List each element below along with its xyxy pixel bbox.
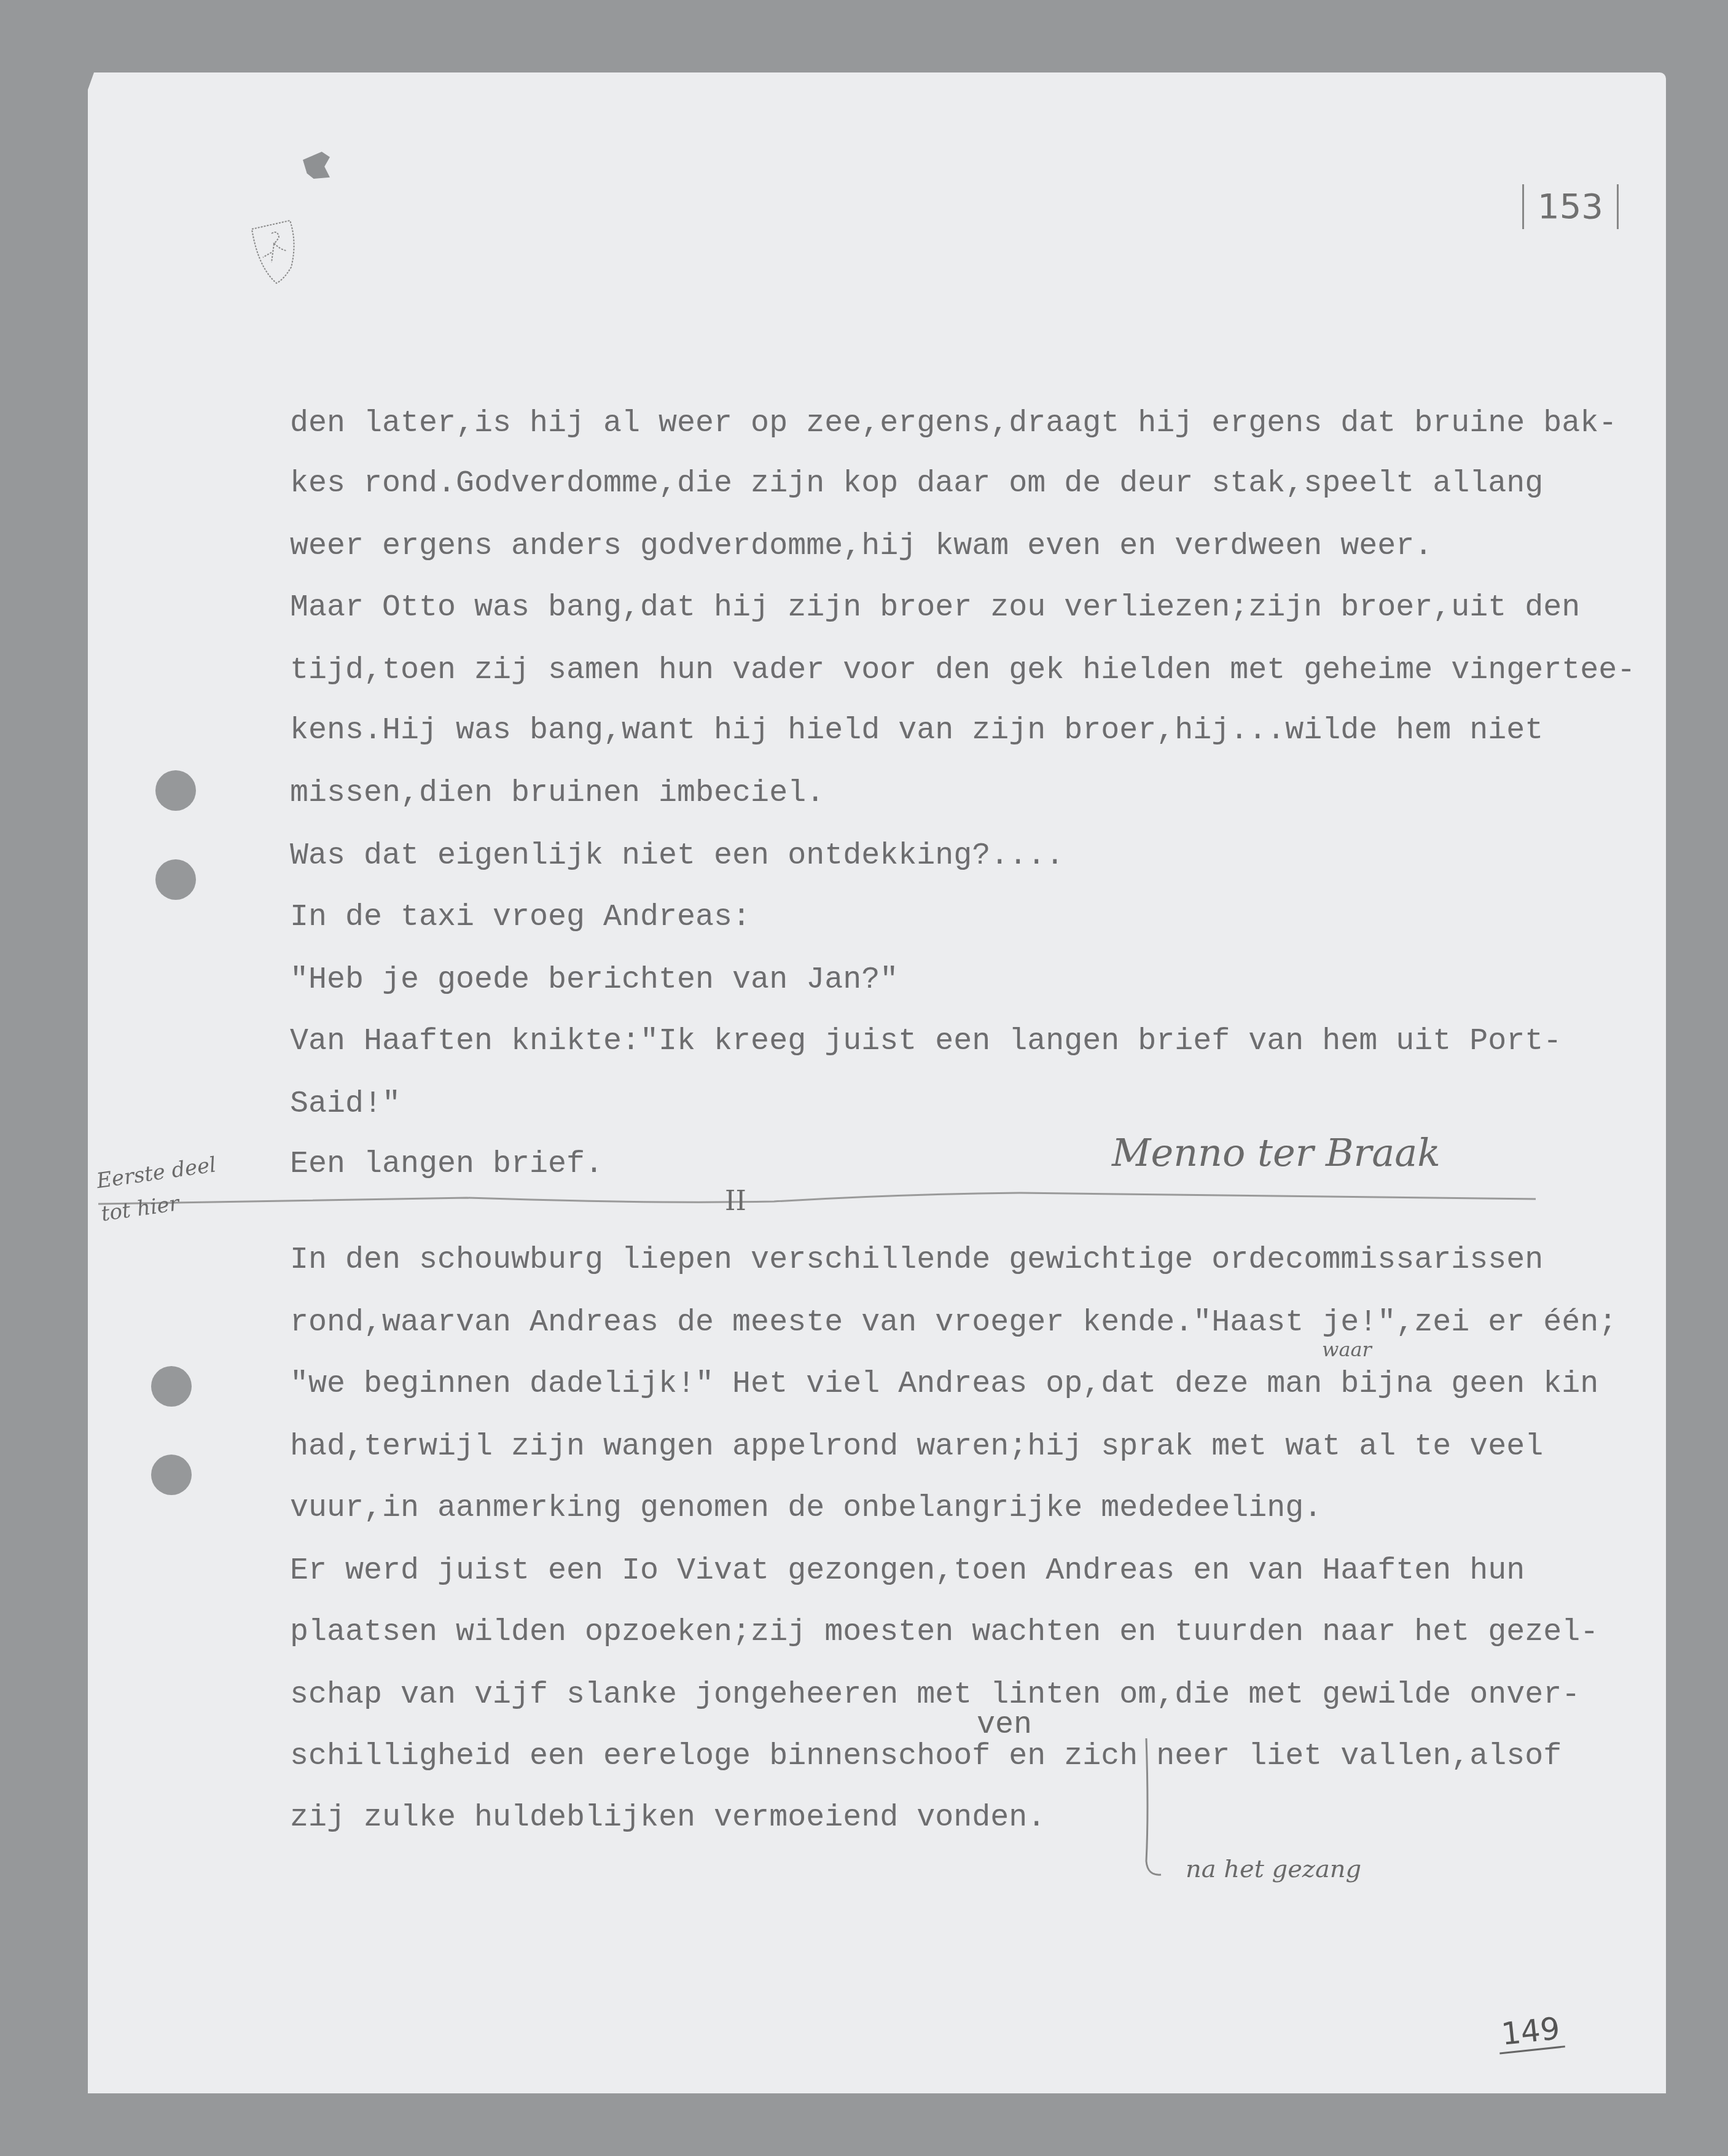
typed-line: "Heb je goede berichten van Jan?" [290,962,898,999]
page-number-bracketed: 153 [1522,184,1619,229]
insertion-bracket [1143,1738,1167,1880]
punch-hole [155,859,196,900]
typed-line: "we beginnen dadelijk!" Het viel Andreas… [290,1366,1598,1403]
typed-line: missen,dien bruinen imbeciel. [290,775,824,812]
punch-hole [151,1455,192,1495]
section-divider-line [98,1185,1548,1210]
typed-line: rond,waarvan Andreas de meeste van vroeg… [290,1305,1617,1342]
typed-line: weer ergens anders godverdomme,hij kwam … [290,528,1433,565]
typed-line: Van Haaften knikte:"Ik kreeg juist een l… [290,1023,1562,1060]
typed-line: schap van vijf slanke jongeheeren met li… [290,1677,1580,1714]
manuscript-page [88,72,1666,2093]
typed-line: In den schouwburg liepen verschillende g… [290,1242,1543,1279]
typed-line: plaatsen wilden opzoeken;zij moesten wac… [290,1614,1598,1651]
typed-line: schilligheid een eereloge binnenschoof e… [290,1738,1562,1775]
signature: Menno ter Braak [1112,1130,1441,1175]
typed-line: Maar Otto was bang,dat hij zijn broer zo… [290,590,1580,627]
punch-hole [155,770,196,811]
typed-line: Een langen brief. [290,1146,603,1183]
typed-line: den later,is hij al weer op zee,ergens,d… [290,405,1617,442]
typed-line: had,terwijl zijn wangen appelrond waren;… [290,1429,1543,1466]
typed-line: Said!" [290,1086,401,1123]
typed-line: tijd,toen zij samen hun vader voor den g… [290,652,1635,689]
typed-line: Er werd juist een Io Vivat gezongen,toen… [290,1553,1525,1590]
typed-insert-ven: ven [977,1708,1032,1743]
insert-waar: waar [1322,1338,1372,1361]
typed-line: kens.Hij was bang,want hij hield van zij… [290,713,1543,749]
typed-line: Was dat eigenlijk niet een ontdekking?..… [290,838,1064,875]
typed-line: zij zulke huldeblijken vermoeiend vonden… [290,1800,1046,1837]
typed-line: vuur,in aanmerking genomen de onbelangri… [290,1490,1322,1527]
punch-hole [151,1366,192,1407]
bottom-note: na het gezang [1186,1855,1361,1883]
archive-stamp-icon [247,218,302,286]
section-mark: II [725,1185,746,1217]
typed-line: kes rond.Godverdomme,die zijn kop daar o… [290,466,1543,502]
typed-line: In de taxi vroeg Andreas: [290,899,751,936]
folio-number: 149 [1496,2010,1565,2055]
